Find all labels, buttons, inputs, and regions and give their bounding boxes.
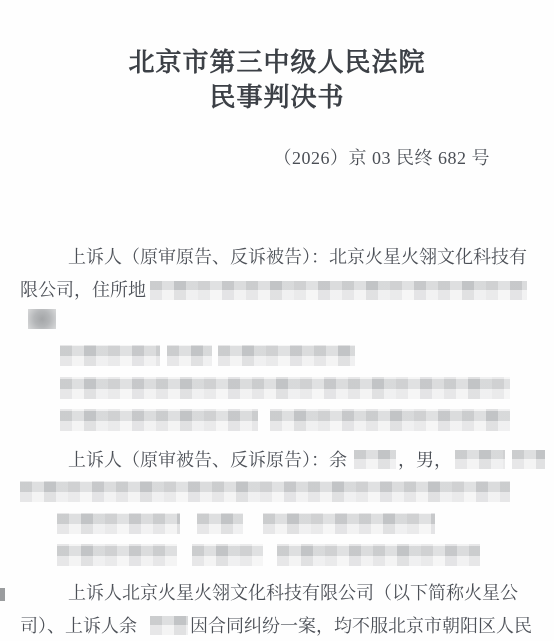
- redacted-text: [60, 345, 160, 366]
- redacted-text: [28, 309, 56, 329]
- appellant2-prefix: 上诉人（原审被告、反诉原告）：余: [68, 449, 347, 471]
- redacted-text: [263, 513, 435, 534]
- case-summary-line2-start: 司）、上诉人余: [20, 615, 137, 637]
- court-name: 北京市第三中级人民法院: [0, 42, 554, 79]
- redacted-text: [277, 544, 480, 566]
- redacted-text: [455, 450, 505, 469]
- document-type-title: 民事判决书: [0, 77, 554, 114]
- redacted-name: [354, 450, 396, 469]
- redacted-text: [57, 513, 180, 534]
- case-number: （2026）京 03 民终 682 号: [274, 144, 491, 170]
- appellant1-line2-prefix: 限公司，住所地: [20, 279, 146, 301]
- redacted-text: [57, 544, 177, 566]
- case-summary-line1: 上诉人北京火星火翎文化科技有限公司（以下简称火星公: [68, 582, 518, 604]
- redacted-name: [150, 616, 188, 635]
- scan-artifact: [0, 588, 5, 601]
- redacted-address: [150, 281, 527, 300]
- redacted-text: [218, 345, 355, 366]
- redacted-text: [270, 409, 510, 431]
- redacted-text: [512, 450, 545, 469]
- appellant1-line1: 上诉人（原审原告、反诉被告）：北京火星火翎文化科技有: [68, 246, 527, 268]
- case-summary-line2-end: 因合同纠纷一案，均不服北京市朝阳区人民: [190, 615, 532, 637]
- redacted-text: [167, 345, 212, 366]
- redacted-text: [192, 544, 263, 566]
- redacted-text: [20, 481, 510, 502]
- redacted-text: [197, 513, 243, 534]
- redacted-text: [60, 377, 510, 399]
- appellant2-gender: ，男，: [398, 449, 452, 471]
- redacted-text: [60, 409, 258, 431]
- civil-judgment-document: 北京市第三中级人民法院 民事判决书 （2026）京 03 民终 682 号 上诉…: [0, 0, 554, 641]
